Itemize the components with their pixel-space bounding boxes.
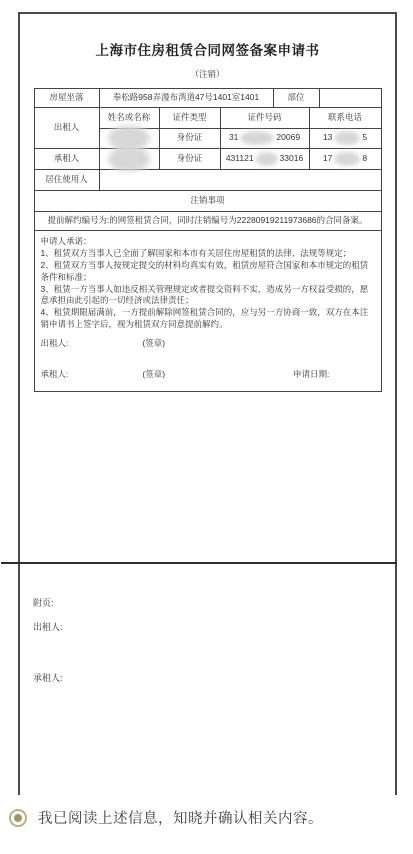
table-row-lessee: 承租人 身份证 43112133016 178 bbox=[35, 148, 381, 169]
redaction-blur bbox=[240, 131, 274, 145]
lessee-id-suffix: 33016 bbox=[280, 154, 304, 164]
cancel-section-header: 注销事项 bbox=[35, 191, 381, 211]
redaction-blur bbox=[334, 131, 360, 145]
document-subtitle: （注销） bbox=[20, 68, 395, 80]
lessor-label: 出租人 bbox=[35, 108, 99, 148]
commitment-item: 2、租赁双方当事人按规定提交的材料均真实有效，租赁房屋符合国家和本市规定的租赁条… bbox=[41, 260, 375, 284]
attachment-page-label: 附页: bbox=[33, 596, 54, 609]
location-address: 奉松路958弄漫布湾道47号1401室1401 bbox=[99, 89, 273, 107]
lessee-id-prefix: 431121 bbox=[226, 154, 254, 164]
table-row-location: 房屋坐落 奉松路958弄漫布湾道47号1401室1401 部位 bbox=[35, 89, 381, 107]
lessor-name-cell bbox=[99, 129, 159, 149]
col-id-type-header: 证件类型 bbox=[159, 108, 220, 128]
redaction-blur bbox=[334, 152, 360, 166]
part-value bbox=[319, 89, 381, 107]
lessee-name-cell bbox=[99, 149, 159, 169]
location-label: 房屋坐落 bbox=[35, 89, 99, 107]
redaction-blur bbox=[256, 152, 278, 166]
confirmation-row: 我已阅读上述信息，知晓并确认相关内容。 bbox=[9, 807, 323, 828]
lessee-id-type: 身份证 bbox=[159, 149, 220, 169]
lessor-value-row: 身份证 3120069 135 bbox=[99, 128, 381, 149]
document-sheet: 上海市住房租赁合同网签备案申请书 （注销） 房屋坐落 奉松路958弄漫布湾道47… bbox=[18, 12, 397, 795]
lessor-phone-suffix: 5 bbox=[362, 133, 367, 143]
table-row-commitment: 申请人承诺： 1、租赁双方当事人已全面了解国家和本市有关居住房屋租赁的法律、法规… bbox=[35, 230, 381, 391]
application-date-label: 申请日期: bbox=[293, 369, 329, 381]
lessee-label: 承租人 bbox=[35, 149, 99, 169]
part-label: 部位 bbox=[273, 89, 319, 107]
occupant-value bbox=[99, 170, 381, 190]
lessor-phone: 135 bbox=[309, 129, 381, 149]
lessee-phone: 178 bbox=[309, 149, 381, 169]
document-title: 上海市住房租赁合同网签备案申请书 bbox=[26, 39, 389, 59]
lessor-phone-prefix: 13 bbox=[323, 133, 332, 143]
confirm-text: 我已阅读上述信息，知晓并确认相关内容。 bbox=[38, 807, 323, 828]
commitment-item: 1、租赁双方当事人已全面了解国家和本市有关居住房屋租赁的法律、法规等规定； bbox=[41, 248, 375, 260]
lessor-signature-line: 出租人: (签章) bbox=[41, 338, 375, 350]
confirm-radio-selected[interactable] bbox=[9, 809, 27, 827]
commitment-item: 3、租赁一方当事人如违反相关管理规定或者提交资料不实，造成另一方权益受损的，愿意… bbox=[41, 284, 375, 308]
application-table: 房屋坐落 奉松路958弄漫布湾道47号1401室1401 部位 出租人 姓名或名… bbox=[34, 88, 382, 392]
lessor-seal-label: (签章) bbox=[142, 338, 165, 350]
page2-lessee-label: 承租人: bbox=[33, 671, 63, 684]
occupant-label: 居住使用人 bbox=[35, 170, 99, 190]
lessor-id-prefix: 31 bbox=[229, 133, 238, 143]
table-row-cancel-statement: 提前解约编号为:的网签租赁合同，同时注销编号为22280919211973686… bbox=[35, 211, 381, 230]
lessee-phone-suffix: 8 bbox=[362, 154, 367, 164]
lessor-subtable: 姓名或名称 证件类型 证件号码 联系电话 身份证 3120069 135 bbox=[99, 108, 381, 148]
page-break-line bbox=[1, 562, 397, 564]
lessor-id-suffix: 20069 bbox=[276, 133, 300, 143]
lessee-seal-label: (签章) bbox=[142, 369, 165, 381]
lessor-sign-label: 出租人: bbox=[41, 338, 69, 350]
lessee-signature-line: 承租人: (签章) 申请日期: bbox=[41, 369, 375, 381]
lessor-id-type: 身份证 bbox=[159, 129, 220, 149]
col-phone-header: 联系电话 bbox=[309, 108, 381, 128]
col-name-header: 姓名或名称 bbox=[99, 108, 159, 128]
page2-lessor-label: 出租人: bbox=[33, 620, 63, 633]
cancel-statement: 提前解约编号为:的网签租赁合同，同时注销编号为22280919211973686… bbox=[35, 212, 381, 230]
lessee-phone-prefix: 17 bbox=[323, 154, 332, 164]
commitment-title: 申请人承诺： bbox=[41, 236, 375, 248]
table-row-lessor: 出租人 姓名或名称 证件类型 证件号码 联系电话 身份证 3120069 bbox=[35, 107, 381, 148]
commitment-item: 4、租赁期限届满前，一方提前解除网签租赁合同的，应与另一方协商一致，双方在本注销… bbox=[41, 307, 375, 331]
lessor-id-number: 3120069 bbox=[220, 129, 309, 149]
table-row-cancel-header: 注销事项 bbox=[35, 190, 381, 211]
commitment-cell: 申请人承诺： 1、租赁双方当事人已全面了解国家和本市有关居住房屋租赁的法律、法规… bbox=[35, 231, 381, 391]
lessor-header-row: 姓名或名称 证件类型 证件号码 联系电话 bbox=[99, 108, 381, 128]
col-id-no-header: 证件号码 bbox=[220, 108, 309, 128]
lessee-id-number: 43112133016 bbox=[220, 149, 309, 169]
lessee-sign-label: 承租人: bbox=[41, 369, 69, 381]
table-row-occupant: 居住使用人 bbox=[35, 169, 381, 190]
redaction-blur bbox=[108, 147, 150, 172]
